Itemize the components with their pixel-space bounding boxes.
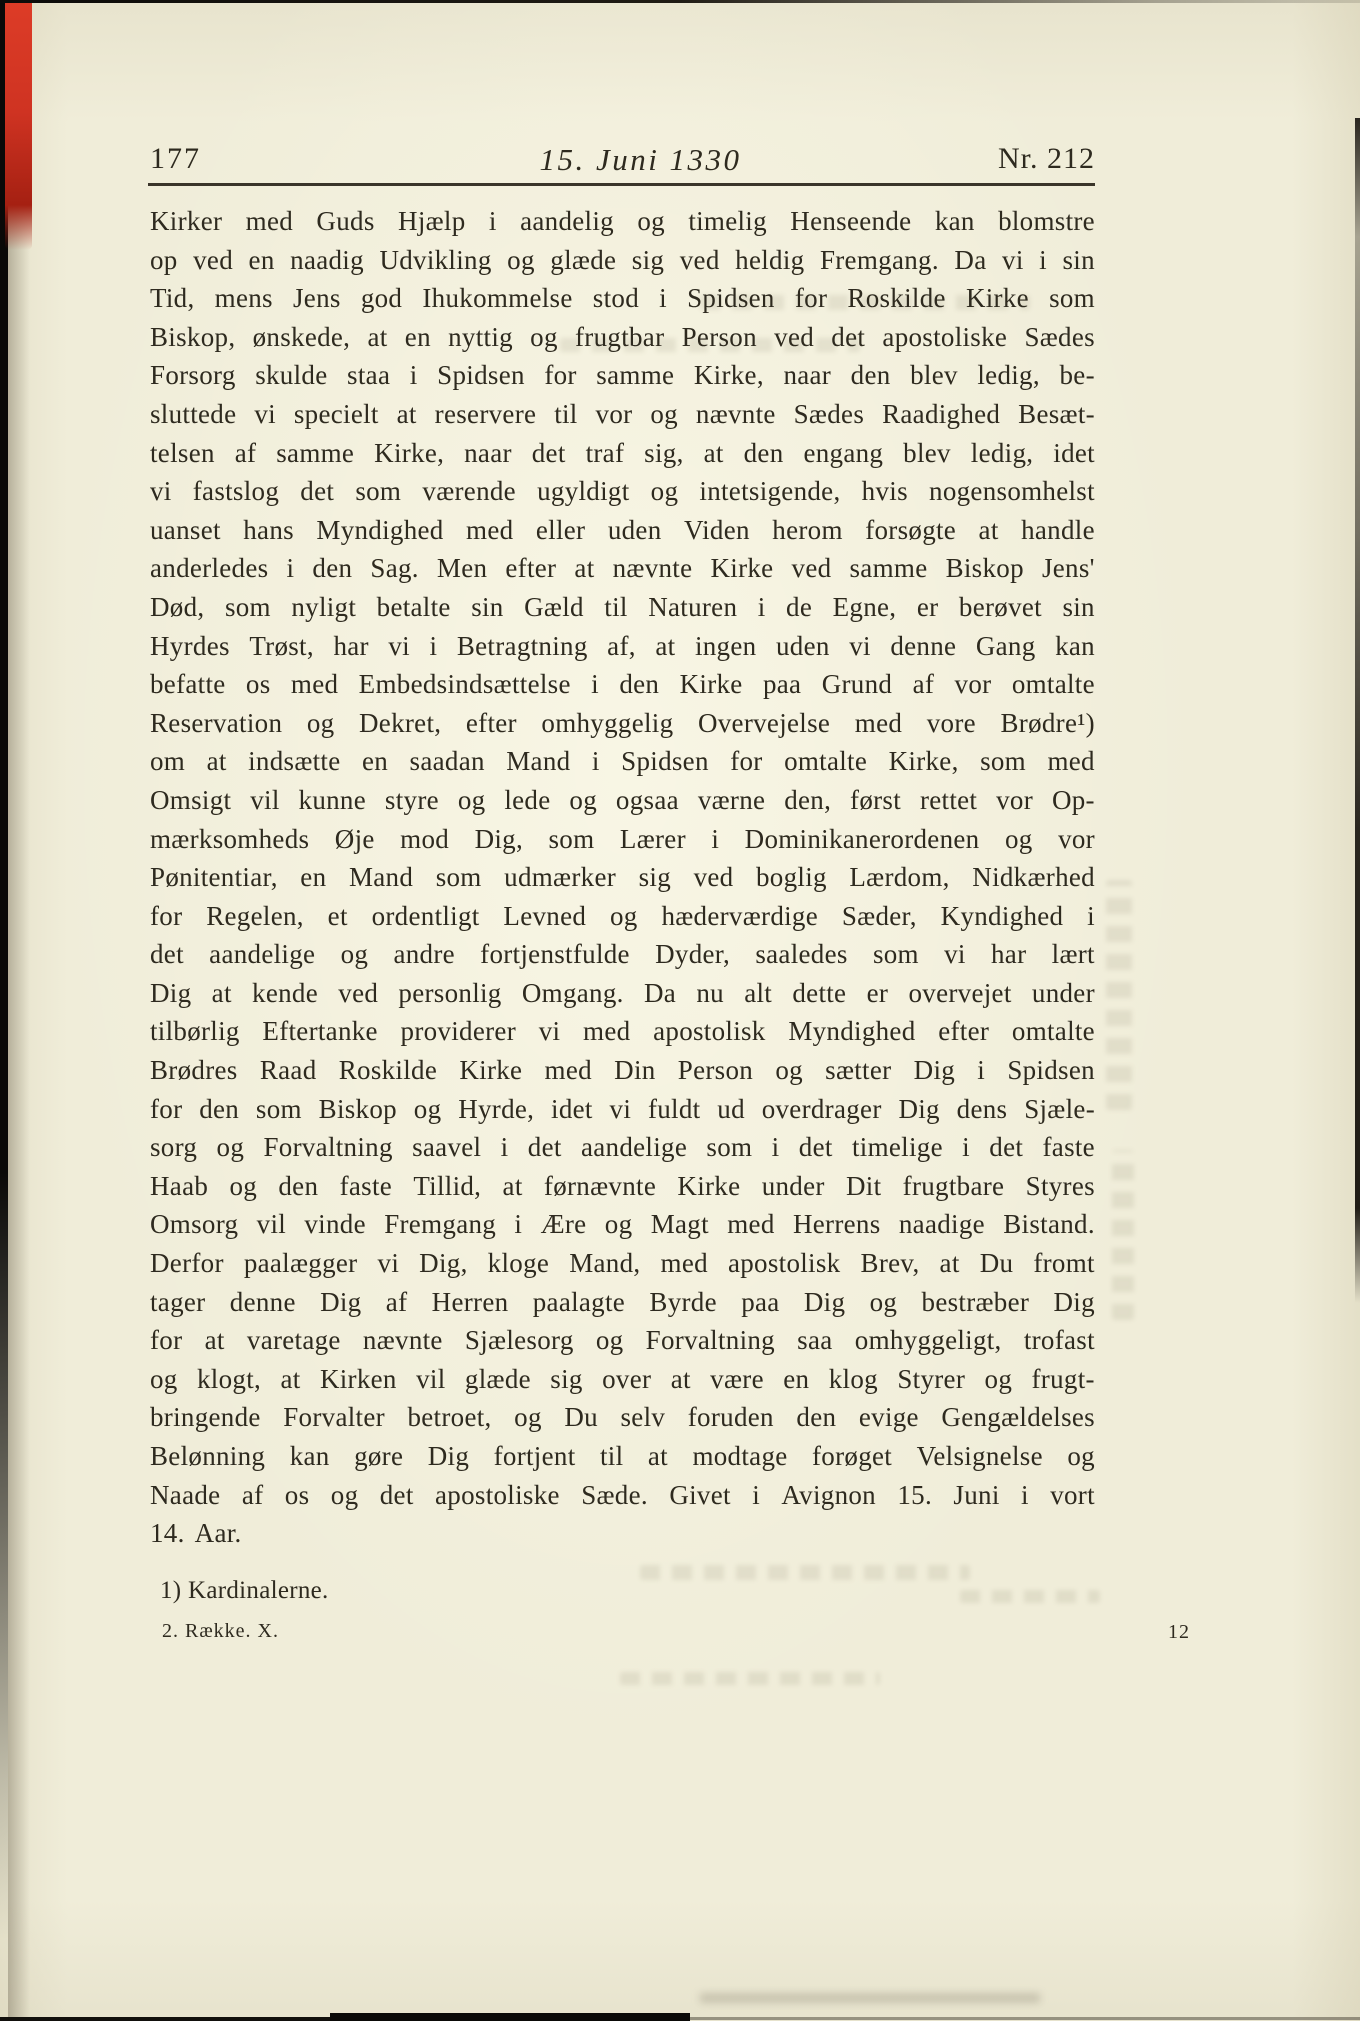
text-line: anderledesidenSag.MenefteratnævnteKirkev… [150,553,1095,592]
scan-edge-left [0,0,8,2021]
bleedthrough-mark [620,1672,880,1685]
text-line: ReservationogDekret,efteromhyggeligOverv… [150,708,1095,747]
text-line: befatteosmedEmbedsindsættelseidenKirkepa… [150,669,1095,708]
text-line: Biskop,ønskede,atennyttigogfrugtbarPerso… [150,322,1095,361]
text-line: ForsorgskuldestaaiSpidsenforsammeKirke,n… [150,360,1095,399]
scan-edge-bottom-faint [690,2017,1360,2020]
text-line: BrødresRaadRoskildeKirkemedDinPersonogsæ… [150,1055,1095,1094]
text-line: mærksomhedsØjemodDig,somLæreriDominikane… [150,824,1095,863]
scanned-book-page: 177 15. Juni 1330 Nr. 212 KirkermedGudsH… [0,0,1360,2021]
text-line: sluttedevispecieltatreserveretilvorognæv… [150,399,1095,438]
running-head: 177 15. Juni 1330 Nr. 212 [150,142,1095,184]
text-line: Pønitentiar,enMandsomudmærkersigvedbogli… [150,862,1095,901]
text-line: Omsigtvilkunnestyreogledeogogsaaværneden… [150,785,1095,824]
bleedthrough-mark [960,1590,1100,1603]
scan-edge-bottom-bar [330,2013,690,2021]
scan-smudge [700,1993,1040,2003]
text-line: sorgogForvaltningsaavelidetaandeligesomi… [150,1132,1095,1171]
text-line: omatindsætteensaadanMandiSpidsenforomtal… [150,746,1095,785]
header-rule [148,183,1095,186]
text-line: detaandeligeogandrefortjenstfuldeDyder,s… [150,939,1095,978]
date-heading: 15. Juni 1330 [150,142,1095,178]
text-line: telsenafsammeKirke,naardettrafsig,atdene… [150,438,1095,477]
text-line: DerforpaalæggerviDig,klogeMand,medaposto… [150,1248,1095,1287]
text-line: BelønningkangøreDigfortjenttilatmodtagef… [150,1441,1095,1480]
text-line: tagerdenneDigafHerrenpaalagteByrdepaaDig… [150,1287,1095,1326]
text-line: HyrdesTrøst,harviiBetragtningaf,atingenu… [150,631,1095,670]
text-line: Død,somnyligtbetaltesinGældtilNaturenide… [150,592,1095,631]
text-line: 14.Aar. [150,1518,1095,1557]
series-label: 2. Række. X. [162,1620,279,1643]
text-line: KirkermedGudsHjælpiaandeligogtimeligHens… [150,206,1095,245]
text-line: bringendeForvalterbetroet,ogDuselvforude… [150,1402,1095,1441]
document-number: Nr. 212 [998,142,1095,176]
text-line: NaadeafosogdetapostoliskeSæde.GivetiAvig… [150,1480,1095,1519]
text-line: forRegelen,etordentligtLevnedoghæderværd… [150,901,1095,940]
text-line: Tid,mensJensgodIhukommelsestodiSpidsenfo… [150,283,1095,322]
text-line: fordensomBiskopogHyrde,idetvifuldtudover… [150,1094,1095,1133]
sheet-number: 12 [1140,1621,1190,1644]
letter-body: KirkermedGudsHjælpiaandeligogtimeligHens… [150,206,1095,1557]
text-line: opvedennaadigUdviklingogglædesigvedheldi… [150,245,1095,284]
text-line: HaabogdenfasteTillid,atførnævnteKirkeund… [150,1171,1095,1210]
scan-edge-top [0,0,1360,3]
text-line: DigatkendevedpersonligOmgang.Danualtdett… [150,978,1095,1017]
text-line: tilbørligEftertankeproviderervimedaposto… [150,1016,1095,1055]
bleedthrough-mark [640,1565,970,1580]
scan-edge-right [1355,118,1360,1303]
bleedthrough-mark [1112,1150,1134,1320]
red-bookmark-strip [5,0,32,250]
scan-edge-shadow [8,0,30,2021]
text-line: OmsorgvilvindeFremgangiÆreogMagtmedHerre… [150,1209,1095,1248]
footnote: 1) Kardinalerne. [160,1577,329,1605]
text-line: vifastslogdetsomværendeugyldigtogintetsi… [150,476,1095,515]
text-line: foratvaretagenævnteSjælesorgogForvaltnin… [150,1325,1095,1364]
bleedthrough-mark [1106,880,1132,1110]
text-line: uansethansMyndighedmedellerudenVidenhero… [150,515,1095,554]
text-line: ogklogt,atKirkenvilglædesigoveratværeenk… [150,1364,1095,1403]
